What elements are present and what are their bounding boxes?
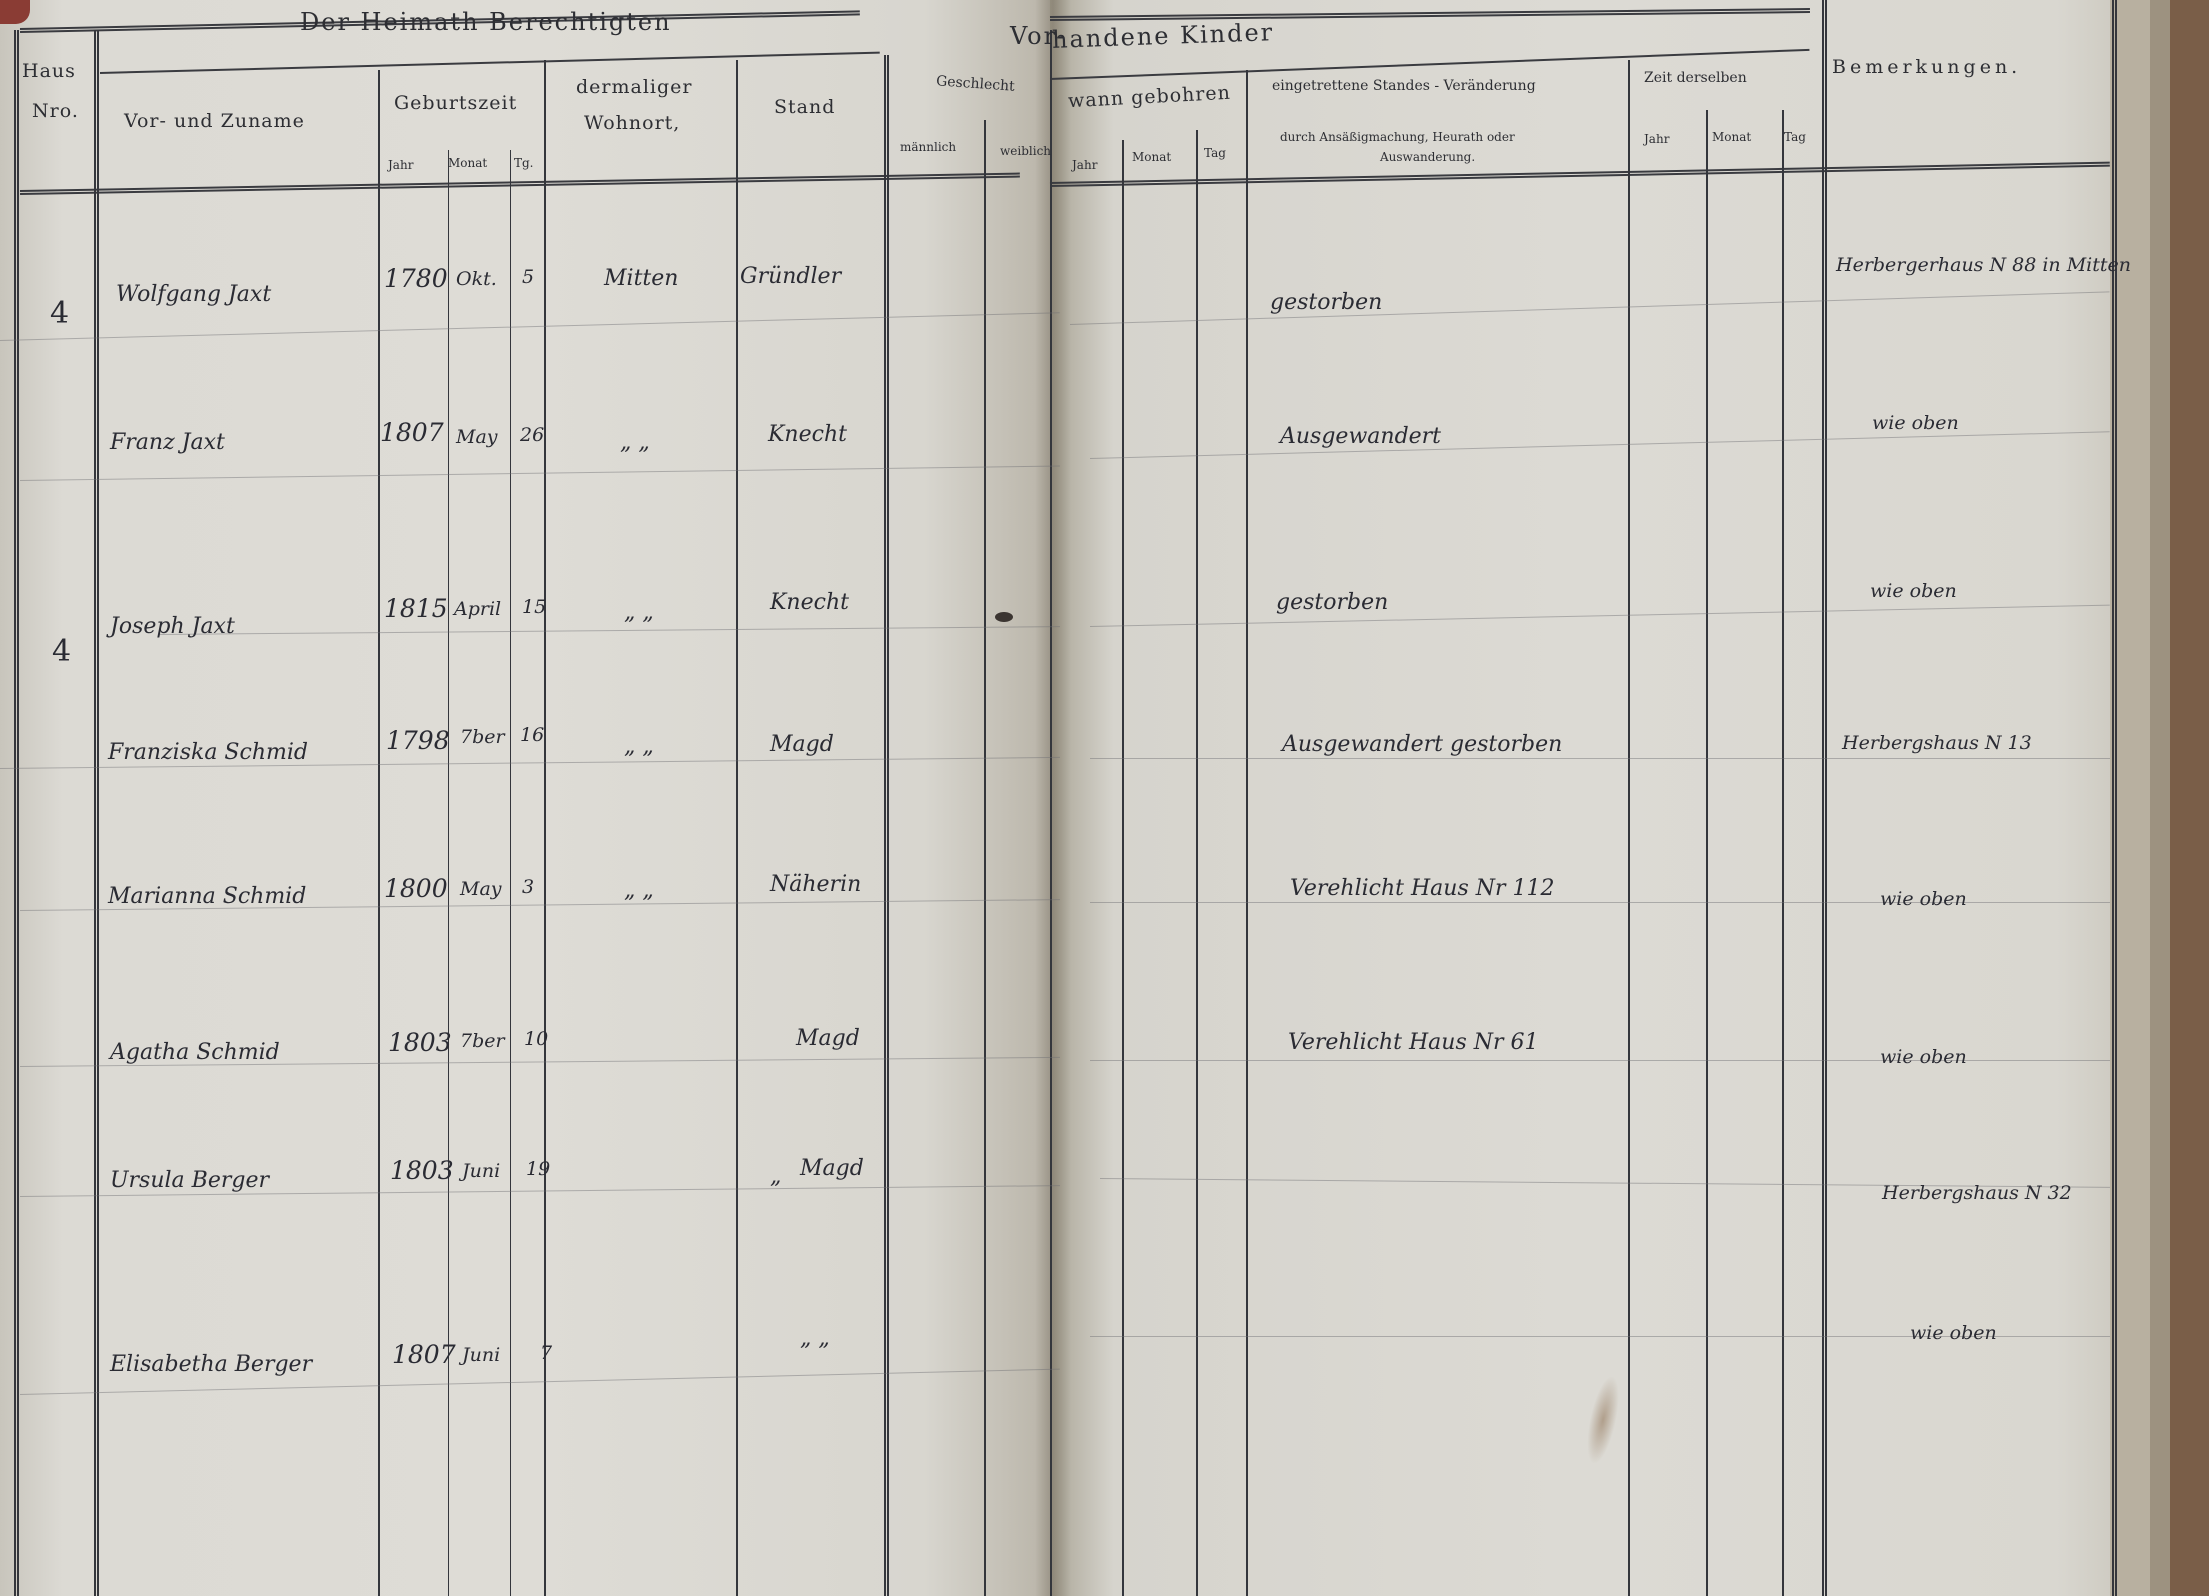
row5-day: 3	[522, 876, 534, 898]
row4-change: Ausgewandert gestorben	[1282, 732, 1562, 757]
row7-year: 1803	[390, 1156, 454, 1185]
row2-status: Knecht	[768, 422, 847, 447]
row7-day: 19	[526, 1158, 550, 1180]
row2-day: 26	[520, 424, 544, 446]
rule-change	[1628, 60, 1630, 1596]
row8-year: 1807	[392, 1340, 456, 1369]
row1-month: Okt.	[456, 268, 497, 290]
row1-remarks: Herbergerhaus N 88 in Mitten	[1836, 254, 2131, 276]
rule-male	[984, 120, 986, 1596]
rule-time-month	[1782, 110, 1784, 1596]
rule-left-margin	[14, 30, 19, 1596]
header-status: Stand	[774, 96, 835, 118]
header-birth-day: Tg.	[514, 156, 534, 170]
header-name: Vor- und Zuname	[124, 110, 305, 132]
row3-day: 15	[522, 596, 546, 618]
row1-change: gestorben	[1270, 290, 1382, 315]
rule-child-day	[1246, 70, 1248, 1596]
header-birth: Geburtszeit	[394, 92, 517, 114]
header-house: Haus	[22, 60, 76, 82]
row3-house: 4	[52, 634, 71, 669]
book-gutter	[1035, 0, 1071, 1596]
row3-change: gestorben	[1276, 590, 1388, 615]
ledger-spread: Haus Nro. Der Heimath Berechtigten Vor- …	[0, 0, 2209, 1596]
rule-child-month	[1196, 130, 1198, 1596]
header-child-month: Monat	[1132, 150, 1171, 164]
rule-year	[448, 150, 449, 1596]
header-sex-female: weiblich	[1000, 144, 1051, 158]
row2-change: Ausgewandert	[1280, 424, 1441, 449]
page-edges-shadow	[2150, 0, 2170, 1596]
ink-blot	[995, 612, 1013, 622]
row4-day: 16	[520, 724, 544, 746]
header-residence-1: dermaliger	[576, 76, 692, 98]
row3-year: 1815	[384, 594, 448, 623]
rule-time-day	[1822, 0, 1827, 1596]
header-change-sub2: Auswanderung.	[1380, 150, 1475, 164]
row3-status: Knecht	[770, 590, 849, 615]
row6-month: 7ber	[460, 1030, 505, 1052]
row4-status: Magd	[770, 732, 834, 757]
header-group-left: Der Heimath Berechtigten	[300, 8, 672, 36]
row6-name: Agatha Schmid	[110, 1040, 280, 1065]
row1-residence: Mitten	[604, 266, 678, 291]
header-change-sub1: durch Ansäßigmachung, Heurath oder	[1280, 130, 1515, 144]
header-time-day: Tag	[1784, 130, 1806, 144]
row7-status: Magd	[800, 1156, 864, 1181]
row2-residence: „ „	[620, 430, 650, 455]
header-birth-year: Jahr	[388, 158, 413, 172]
row7-residence: „	[770, 1164, 781, 1189]
rule-month	[510, 150, 511, 1596]
right-page	[1050, 0, 2110, 1596]
row1-house: 4	[50, 296, 69, 331]
row1-name: Wolfgang Jaxt	[116, 282, 271, 307]
header-house-nro: Nro.	[32, 100, 79, 122]
header-sex-male: männlich	[900, 140, 956, 154]
row7-name: Ursula Berger	[110, 1168, 269, 1193]
rule-remarks-right	[2112, 0, 2117, 1596]
row3-month: April	[454, 598, 501, 620]
rule-female	[1050, 30, 1052, 1596]
header-residence-2: Wohnort,	[584, 112, 680, 134]
row5-remarks: wie oben	[1880, 888, 1967, 910]
row2-remarks: wie oben	[1872, 412, 1959, 434]
row4-name: Franziska Schmid	[108, 740, 308, 765]
row5-name: Marianna Schmid	[108, 884, 306, 909]
row3-residence: „ „	[624, 600, 654, 625]
row5-change: Verehlicht Haus Nr 112	[1290, 876, 1555, 901]
header-time: Zeit derselben	[1644, 70, 1747, 86]
header-birth-month: Monat	[448, 156, 487, 170]
row2-month: May	[456, 426, 498, 448]
header-change: eingetrettene Standes - Veränderung	[1272, 78, 1536, 94]
row1-day: 5	[522, 266, 534, 288]
row5-residence: „ „	[624, 878, 654, 903]
row3-remarks: wie oben	[1870, 580, 1957, 602]
row8-remarks: wie oben	[1910, 1322, 1997, 1344]
book-cover-edge	[2170, 0, 2209, 1596]
header-time-year: Jahr	[1644, 132, 1669, 146]
rule-house	[94, 30, 99, 1596]
row8-name: Elisabetha Berger	[110, 1352, 312, 1377]
row6-remarks: wie oben	[1880, 1046, 1967, 1068]
row5-status: Näherin	[770, 872, 861, 897]
rule-time-year	[1706, 110, 1708, 1596]
pencil-line	[1090, 758, 2110, 759]
row2-name: Franz Jaxt	[110, 430, 225, 455]
row8-month: Juni	[462, 1344, 500, 1366]
row6-day: 10	[524, 1028, 548, 1050]
header-child-year: Jahr	[1072, 158, 1097, 172]
row2-year: 1807	[380, 418, 444, 447]
row7-month: Juni	[462, 1160, 500, 1182]
row8-day: 7	[540, 1342, 552, 1364]
row4-remarks: Herbergshaus N 13	[1842, 732, 2032, 754]
header-time-month: Monat	[1712, 130, 1751, 144]
row7-remarks: Herbergshaus N 32	[1882, 1182, 2072, 1204]
row6-change: Verehlicht Haus Nr 61	[1288, 1030, 1539, 1055]
row4-month: 7ber	[460, 726, 505, 748]
row1-year: 1780	[384, 264, 448, 293]
rule-day	[544, 60, 546, 1596]
row3-name: Joseph Jaxt	[110, 614, 235, 639]
header-child-day: Tag	[1204, 146, 1226, 160]
rule-residence	[736, 60, 738, 1596]
row4-year: 1798	[386, 726, 450, 755]
header-remarks: Bemerkungen.	[1832, 56, 2021, 78]
row5-month: May	[460, 878, 502, 900]
row4-residence: „ „	[624, 734, 654, 759]
rule-name	[378, 70, 380, 1596]
row6-year: 1803	[388, 1028, 452, 1057]
row1-status: Gründler	[740, 264, 841, 289]
row8-status: „ „	[800, 1326, 830, 1351]
row5-year: 1800	[384, 874, 448, 903]
row6-status: Magd	[796, 1026, 860, 1051]
rule-status	[884, 55, 889, 1596]
rule-child-year	[1122, 140, 1124, 1596]
